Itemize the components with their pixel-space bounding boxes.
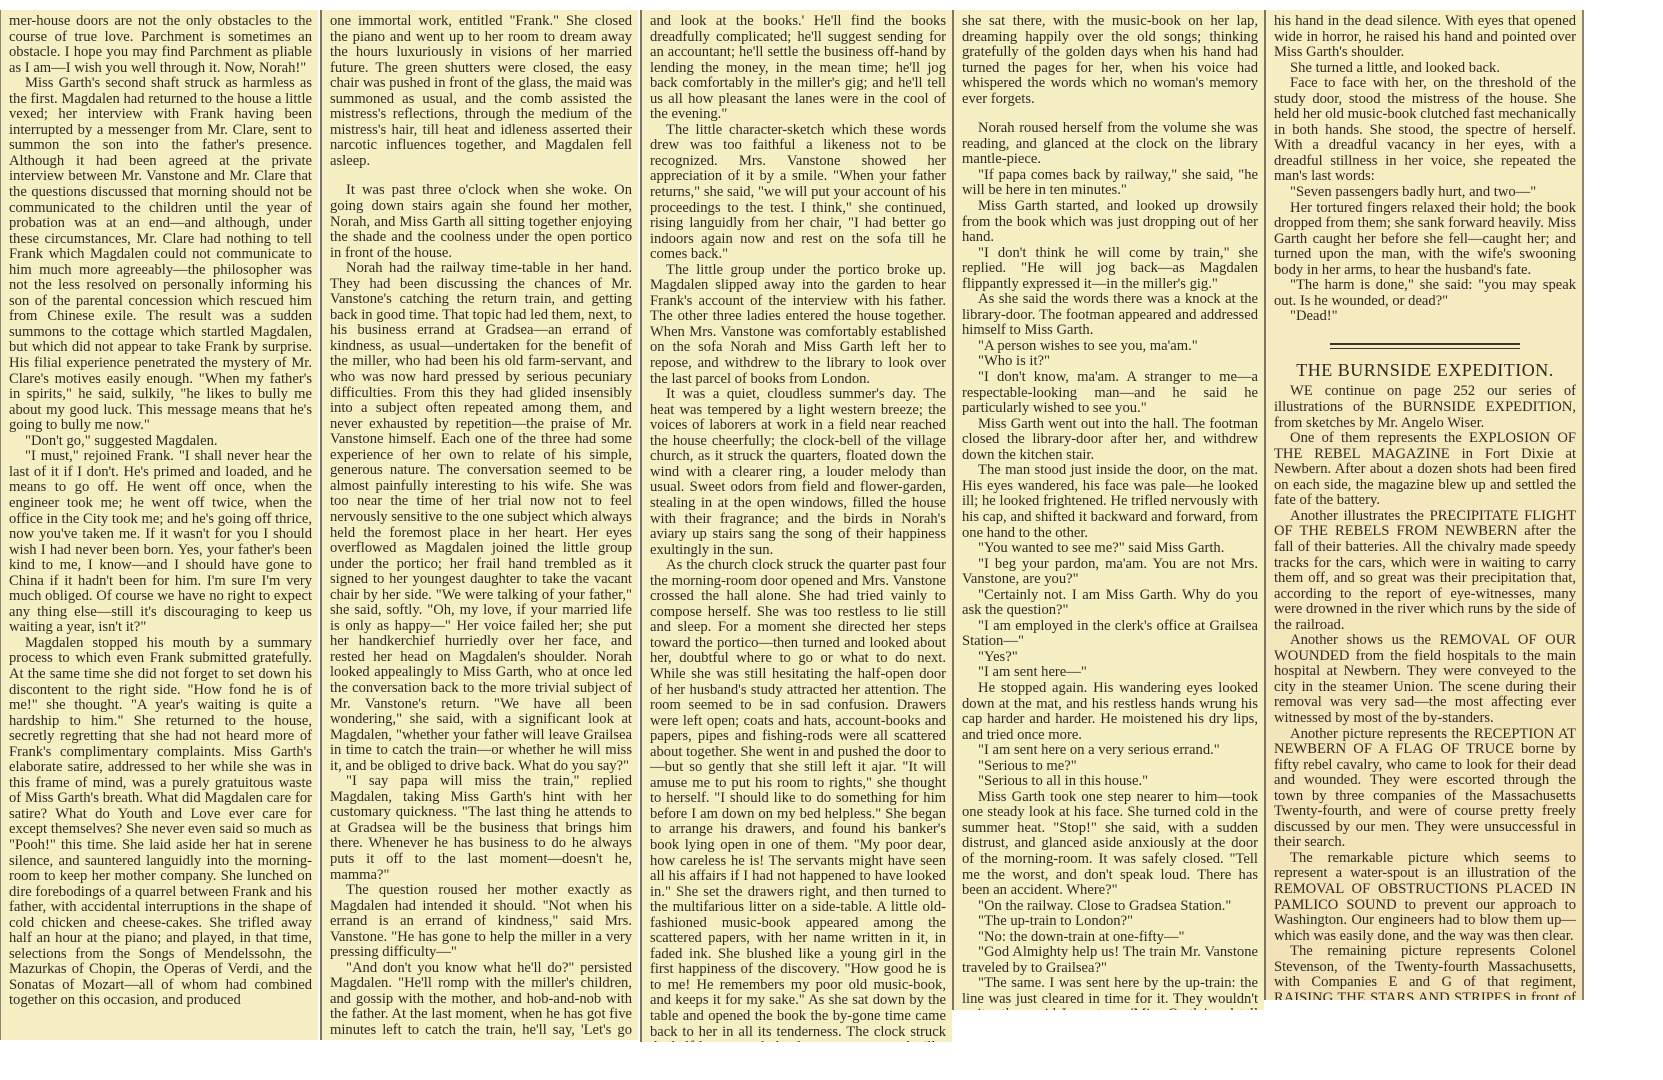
paragraph: "I must," rejoined Frank. "I shall never… (9, 449, 312, 636)
article-heading: THE BURNSIDE EXPEDITION. (1274, 363, 1576, 379)
paragraph: mer-house doors are not the only obstacl… (9, 14, 312, 76)
paragraph: "Serious to me?" (962, 759, 1258, 775)
paragraph: "I am sent here on a very serious errand… (962, 743, 1258, 759)
paragraph: "Serious to all in this house." (962, 774, 1258, 790)
paragraph: Miss Garth went out into the hall. The f… (962, 417, 1258, 464)
paragraph: The man stood just inside the door, on t… (962, 463, 1258, 541)
paragraph: As the church clock struck the quarter p… (650, 558, 946, 1042)
paragraph: Miss Garth's second shaft struck as harm… (9, 76, 312, 434)
article-paragraph: The remarkable picture which seems to re… (1274, 851, 1576, 944)
paragraph: "Seven passengers badly hurt, and two—" (1274, 185, 1576, 201)
paragraph: "Who is it?" (962, 354, 1258, 370)
paragraph: The little character-sketch which these … (650, 123, 946, 263)
column-1: mer-house doors are not the only obstacl… (0, 10, 318, 1040)
article-paragraph: Another picture represents the RECEPTION… (1274, 727, 1576, 851)
article-paragraph: The remaining picture represents Colonel… (1274, 944, 1576, 1000)
paragraph: "Certainly not. I am Miss Garth. Why do … (962, 588, 1258, 619)
article-paragraph: One of them represents the EXPLOSION OF … (1274, 431, 1576, 509)
column-4: she sat there, with the music-book on he… (952, 10, 1264, 1010)
paragraph: "I say papa will miss the train," replie… (330, 774, 632, 883)
article-paragraph: Another shows us the REMOVAL OF OUR WOUN… (1274, 633, 1576, 726)
paragraph: "I beg your pardon, ma'am. You are not M… (962, 557, 1258, 588)
paragraph: one immortal work, entitled "Frank." She… (330, 14, 632, 169)
paragraph: The question roused her mother exactly a… (330, 883, 632, 961)
paragraph: Norah roused herself from the volume she… (962, 121, 1258, 168)
paragraph: "I am employed in the clerk's office at … (962, 619, 1258, 650)
paragraph: The little group under the portico broke… (650, 263, 946, 387)
paragraph: Her tortured fingers relaxed their hold;… (1274, 201, 1576, 279)
paragraph: "Don't go," suggested Magdalen. (9, 434, 312, 450)
paragraph: It was past three o'clock when she woke.… (330, 183, 632, 261)
article-paragraph: Another illustrates the PRECIPITATE FLIG… (1274, 509, 1576, 633)
paragraph: Miss Garth took one step nearer to him—t… (962, 790, 1258, 899)
paragraph: "I am sent here—" (962, 665, 1258, 681)
paragraph: "Dead!" (1274, 309, 1576, 325)
paragraph: Miss Garth started, and looked up drowsi… (962, 199, 1258, 246)
paragraph: "I don't know, ma'am. A stranger to me—a… (962, 370, 1258, 417)
paragraph: "Yes?" (962, 650, 1258, 666)
paragraph: she sat there, with the music-book on he… (962, 14, 1258, 107)
paragraph: "The harm is done," she said: "you may s… (1274, 278, 1576, 309)
column-3: and look at the books.' He'll find the b… (640, 10, 952, 1042)
paragraph: Magdalen stopped his mouth by a summary … (9, 636, 312, 1009)
paragraph: Face to face with her, on the threshold … (1274, 76, 1576, 185)
paragraph: As she said the words there was a knock … (962, 292, 1258, 339)
paragraph: "You wanted to see me?" said Miss Garth. (962, 541, 1258, 557)
paragraph: "A person wishes to see you, ma'am." (962, 339, 1258, 355)
paragraph: "The up-train to London?" (962, 914, 1258, 930)
article-paragraph: WE continue on page 252 our series of il… (1274, 384, 1576, 431)
paragraph: his hand in the dead silence. With eyes … (1274, 14, 1576, 61)
paragraph: "I don't think he will come by train," s… (962, 246, 1258, 293)
paragraph: "If papa comes back by railway," she sai… (962, 168, 1258, 199)
column-2: one immortal work, entitled "Frank." She… (320, 10, 638, 1040)
paragraph: "On the railway. Close to Gradsea Statio… (962, 899, 1258, 915)
paragraph: "And don't you know what he'll do?" pers… (330, 961, 632, 1040)
paragraph: She turned a little, and looked back. (1274, 61, 1576, 77)
section-divider (1330, 343, 1520, 349)
paragraph: He stopped again. His wandering eyes loo… (962, 681, 1258, 743)
paragraph: "No: the down-train at one-fifty—" (962, 930, 1258, 946)
paragraph: Norah had the railway time-table in her … (330, 261, 632, 774)
newspaper-page: mer-house doors are not the only obstacl… (0, 10, 1663, 1070)
column-5: his hand in the dead silence. With eyes … (1264, 10, 1584, 1000)
paragraph: and look at the books.' He'll find the b… (650, 14, 946, 123)
paragraph: "God Almighty help us! The train Mr. Van… (962, 945, 1258, 976)
paragraph: It was a quiet, cloudless summer's day. … (650, 387, 946, 558)
paragraph: "The same. I was sent here by the up-tra… (962, 976, 1258, 1010)
